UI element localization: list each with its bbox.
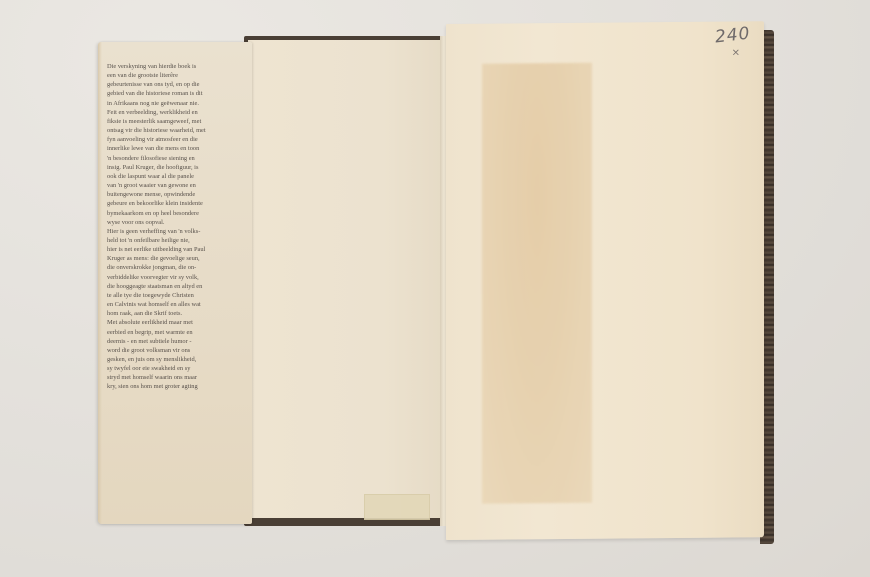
blurb-line: hom raak, aan die Skrif toets. (107, 309, 249, 318)
blurb-line: eerbied en begrip, met warmte en (107, 328, 249, 337)
blurb-line: fiksie is meesterlik saamgeweef, met (107, 117, 249, 126)
pencil-note: 240 (714, 26, 751, 47)
blurb-line: die onverskrokke jongman, die on- (107, 263, 249, 272)
blurb-line: die hooggeagte staatsman en altyd en (107, 282, 249, 291)
blurb-line: een van die grootste literêre (107, 71, 249, 80)
blurb-line: in Afrikaans nog nie geëwenaar nie. (107, 99, 249, 108)
blurb-line: wyse voor ons oopval. (107, 218, 249, 227)
blurb-line: gebeure en bekoorlike klein insidente (107, 199, 249, 208)
blurb-line: insig. Paul Kruger, die hoofiguur, is (107, 163, 249, 172)
blurb-line: 'n besondere filosofiese siening en (107, 154, 249, 163)
blurb-line: word die groot volksman vir ons (107, 346, 249, 355)
blurb-line: te alle tye die toegewyde Christen (107, 291, 249, 300)
blurb-line: stryd met homself waarin ons maar (107, 373, 249, 382)
blurb-line: fyn aanvoeling vir atmosfeer en die (107, 135, 249, 144)
dust-jacket-flap: Die verskyning van hierdie boek is een v… (98, 42, 252, 524)
blurb-line: gesken, en juis om sy menslikheid, (107, 355, 249, 364)
blurb-line: gebied van die historiese roman is dit (107, 89, 249, 98)
tape-patch (364, 494, 430, 520)
blurb-line: sy twyfel oor eie swakheid en sy (107, 364, 249, 373)
blurb-line: Met absolute eerlikheid maar met (107, 318, 249, 327)
blurb-line: Kruger as mens: die gevoelige seun, (107, 254, 249, 263)
blurb-line: ook die laspunt waar al die panele (107, 172, 249, 181)
blurb-line: held tot 'n onfeilbare heilige nie, (107, 236, 249, 245)
blurb-line: gebeurtenisse van ons tyd, en op die (107, 80, 249, 89)
blurb-line: buitengewone mense, opwindende (107, 190, 249, 199)
blurb-line: ontsag vir die historiese waarheid, met (107, 126, 249, 135)
front-endpaper (248, 40, 442, 518)
flap-blurb: Die verskyning van hierdie boek is een v… (107, 62, 249, 392)
blurb-line: innerlike lewe van die mens en toon (107, 144, 249, 153)
offset-stain (482, 63, 592, 504)
blurb-line: en Calvinis wat homself en alles wat (107, 300, 249, 309)
blurb-line: hier is net eerlike uitbeelding van Paul (107, 245, 249, 254)
pencil-mark: × (732, 47, 740, 58)
blurb-line: kry, sien ons hom met groter agting (107, 382, 249, 391)
blurb-line: Feit en verbeelding, werklikheid en (107, 108, 249, 117)
blurb-line: Hier is geen verheffing van 'n volks- (107, 227, 249, 236)
blurb-line: bymekaarkom en op heel besondere (107, 209, 249, 218)
blurb-line: deernis - en met subtiele humor - (107, 337, 249, 346)
blurb-line: van 'n groot waaier van gewone en (107, 181, 249, 190)
blurb-line: Die verskyning van hierdie boek is (107, 62, 249, 71)
blurb-line: verbiddelike voorvegter vir sy volk, (107, 273, 249, 282)
flyleaf-page: 240 × (446, 21, 764, 540)
